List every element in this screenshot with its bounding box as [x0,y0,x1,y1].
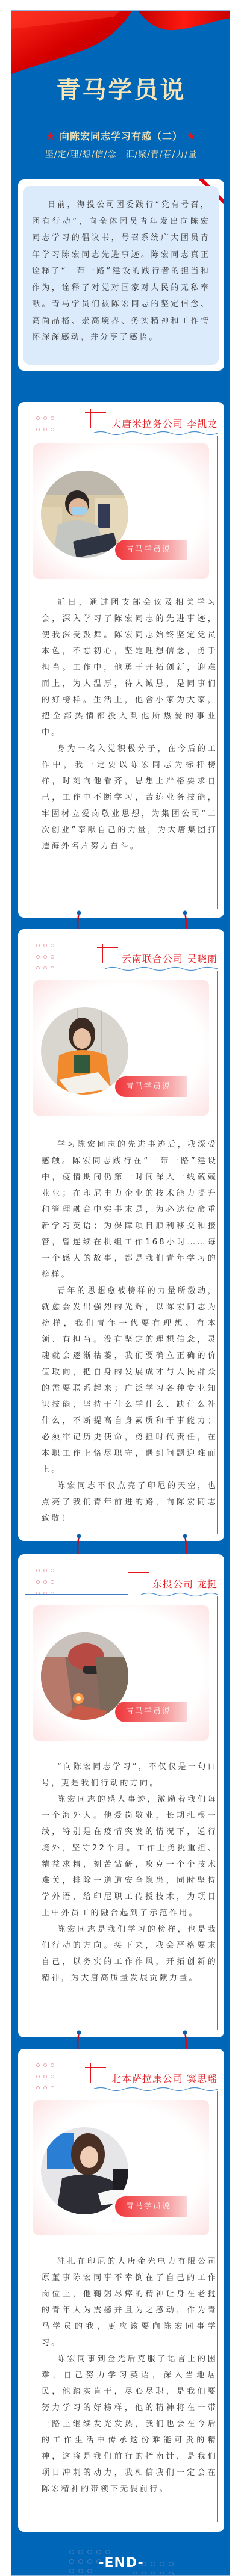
card-paragraph: 陈宏同事到金光后克服了语言上的困难，自己努力学习英语，深入当地居民，他踏实肯干，… [42,2351,218,2497]
intro-panel: 日前，海投公司团委践行“党有号召，团有行动”，向全体团员青年发出向陈宏同志学习的… [23,186,219,365]
card-paragraph: 青年的思想愈被榜样的力量所激动，就愈会发出强烈的光辉，以陈宏同志为榜样，我们青年… [42,1283,218,1478]
card-paragraph: 身为一名入党积极分子，在今后的工作中，我一定要以陈宏同志为标杆榜样，时刻向他看齐… [42,741,218,854]
red-ribbon-decoration [11,11,230,77]
testimonial-card-1: 大唐米拉务公司 李凯龙 青马学员说 近日，通过团支部会议及相关学习会，深入学习了… [18,402,224,918]
badge-qingma-students: 青马学员说 [115,1076,187,1097]
card-paragraph: 陈宏同志的感人事迹，激励着我们每一个海外人。他爱岗敬业，长期扎根一线，特别是在疫… [42,1791,218,1921]
wave-decoration [141,1592,218,1597]
author-header: 大唐米拉务公司 李凯龙 [85,412,218,436]
author-photo [41,2127,128,2214]
article-page: 青马学员说 ★向陈宏同志学习有感（二）★ 坚/定/理/想/信/念 汇/聚/青/春… [0,0,241,2576]
author-photo [41,471,128,558]
testimonial-card-3: 东投公司 龙挺 青马学员说 “向陈宏同志学习”，不仅仅是一句口号，更是我们行动的… [18,1554,224,2037]
card-paragraph: “向陈宏同志学习”，不仅仅是一句口号，更是我们行动的方向。 [42,1759,218,1791]
badge-qingma-students: 青马学员说 [115,540,187,560]
card-body: 驻扎在印尼的大唐金光电力有限公司原董事陈宏同事不幸倒在了自己的工作岗位上，他鞠躬… [42,2253,218,2497]
author-header: 北本萨拉康公司 窦思瑶 [85,2067,218,2091]
wave-decoration [93,2087,218,2092]
card-paragraph: 陈宏同志是我们学习的榜样，也是我们行动的方向。接下来，我会严格要求自己，以务实的… [42,1921,218,1986]
card-paragraph: 驻扎在印尼的大唐金光电力有限公司原董事陈宏同事不幸倒在了自己的工作岗位上，他鞠躬… [42,2253,218,2351]
blue-frame: 青马学员说 ★向陈宏同志学习有感（二）★ 坚/定/理/想/信/念 汇/聚/青/春… [11,10,230,2576]
testimonial-card-2: 云南联合公司 吴晓雨 青马学员说 学习陈宏同志的先进事迹后，我深受感触。陈宏同志… [18,929,224,1541]
page-slogan: 坚/定/理/想/信/念 汇/聚/青/春/力/量 [11,148,230,160]
wave-decoration [105,966,218,971]
author-photo [41,1632,128,1720]
wave-decoration [93,431,218,436]
intro-paragraph: 日前，海投公司团委践行“党有号召，团有行动”，向全体团员青年发出向陈宏同志学习的… [32,197,210,346]
card-body: 学习陈宏同志的先进事迹后，我深受感触。陈宏同志践行在“一带一路”建设中，疫情期间… [42,1137,218,1527]
intro-card: 日前，海投公司团委践行“党有号召，团有行动”，向全体团员青年发出向陈宏同志学习的… [18,179,224,371]
subtitle-text: 向陈宏同志学习有感（二） [60,131,183,142]
testimonial-card-4: 北本萨拉康公司 窦思瑶 青马学员说 驻扎在印尼的大唐金光电力有限公司原董事陈宏同… [18,2049,224,2532]
author-header: 云南联合公司 吴晓雨 [97,947,218,971]
author-photo [41,1007,128,1095]
page-subtitle: ★向陈宏同志学习有感（二）★ [11,129,230,143]
end-label: -END- [11,2556,230,2571]
card-paragraph: 近日，通过团支部会议及相关学习会，深入学习了陈宏同志的先进事迹，使我深受鼓舞。陈… [42,595,218,741]
author-name: 大唐米拉务公司 李凯龙 [111,416,218,430]
photo-panel: 青马学员说 [33,1605,209,1741]
card-paragraph: 陈宏同志不仅点亮了印尼的天空，也点亮了我们青年前进的路，向陈宏同志致敬！ [42,1478,218,1527]
page-title: 青马学员说 [11,71,230,105]
card-paragraph: 学习陈宏同志的先进事迹后，我深受感触。陈宏同志践行在“一带一路”建设中，疫情期间… [42,1137,218,1283]
end-marker: -END- [11,2549,230,2576]
card-body: “向陈宏同志学习”，不仅仅是一句口号，更是我们行动的方向。 陈宏同志的感人事迹，… [42,1759,218,1986]
badge-qingma-students: 青马学员说 [115,1702,187,1722]
author-header: 东投公司 龙挺 [128,1572,218,1596]
photo-panel: 青马学员说 [33,443,209,579]
card-body: 近日，通过团支部会议及相关学习会，深入学习了陈宏同志的先进事迹，使我深受鼓舞。陈… [42,595,218,854]
author-name: 北本萨拉康公司 窦思瑶 [111,2071,218,2085]
author-name: 东投公司 龙挺 [152,1577,218,1590]
photo-panel: 青马学员说 [33,2100,209,2235]
badge-qingma-students: 青马学员说 [115,2196,187,2217]
title-divider [51,107,192,107]
star-icon: ★ [46,130,56,143]
star-icon: ★ [186,130,196,143]
photo-panel: 青马学员说 [33,980,209,1116]
author-name: 云南联合公司 吴晓雨 [122,951,218,965]
